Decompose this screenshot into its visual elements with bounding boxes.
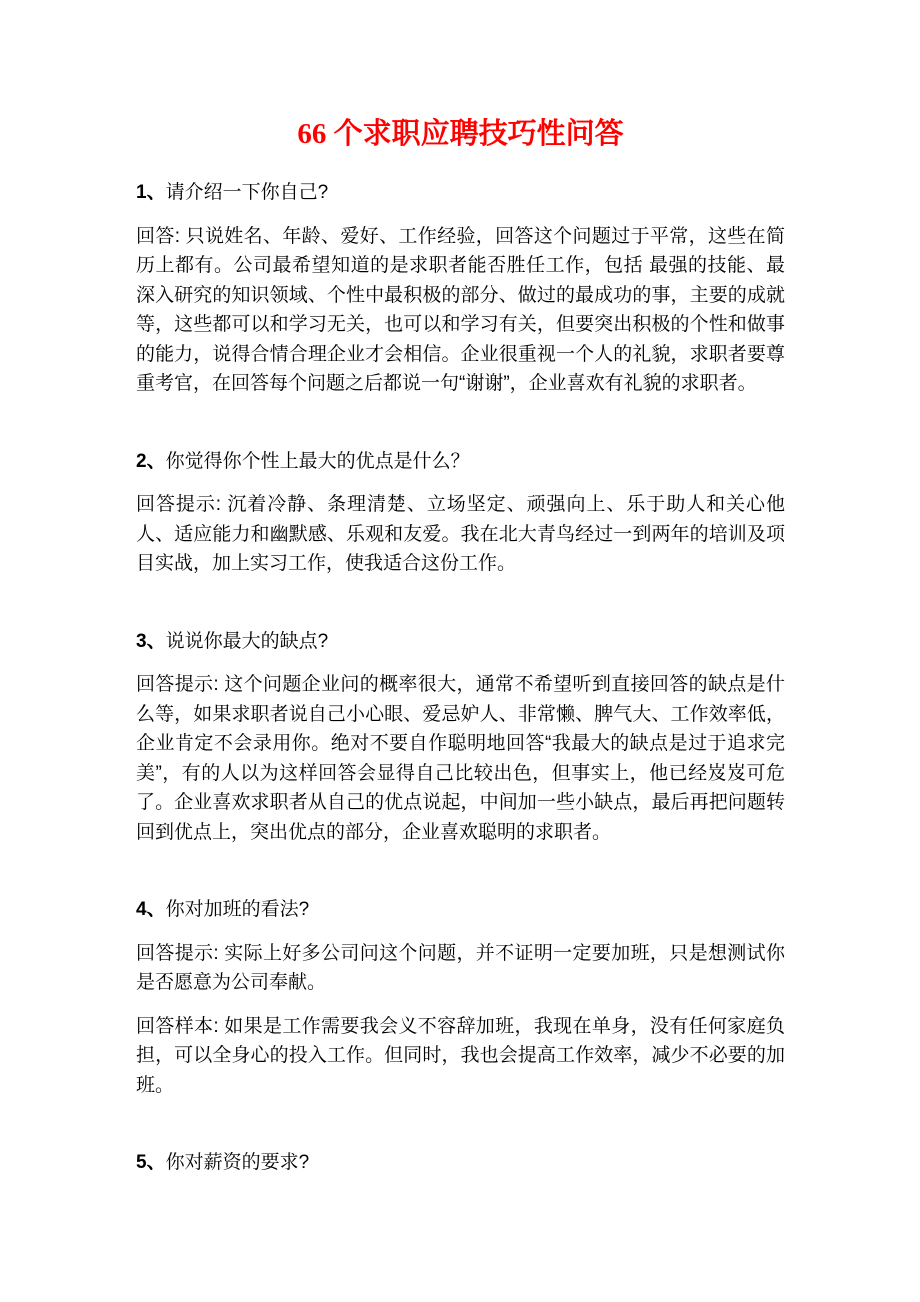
- qa-section-5: 5、你对薪资的要求?: [136, 1148, 785, 1178]
- question-text: 请介绍一下你自己?: [166, 182, 329, 203]
- qa-section-1: 1、请介绍一下你自己? 回答: 只说姓名、年龄、爱好、工作经验，回答这个问题过于…: [136, 178, 785, 399]
- question-number: 3、: [136, 631, 166, 652]
- question-text: 你对薪资的要求?: [166, 1152, 310, 1173]
- question: 2、你觉得你个性上最大的优点是什么？: [136, 447, 785, 477]
- question: 3、说说你最大的缺点?: [136, 627, 785, 657]
- question: 4、你对加班的看法?: [136, 895, 785, 925]
- document-page: 66 个求职应聘技巧性问答 1、请介绍一下你自己? 回答: 只说姓名、年龄、爱好…: [0, 0, 920, 1302]
- question: 1、请介绍一下你自己?: [136, 178, 785, 208]
- qa-section-3: 3、说说你最大的缺点? 回答提示: 这个问题企业问的概率很大，通常不希望听到直接…: [136, 627, 785, 848]
- question-text: 你觉得你个性上最大的优点是什么？: [166, 451, 470, 472]
- answer-paragraph: 回答提示: 实际上好多公司问这个问题，并不证明一定要加班，只是想测试你是否愿意为…: [136, 939, 785, 998]
- question-number: 5、: [136, 1152, 166, 1173]
- answer-paragraph: 回答: 只说姓名、年龄、爱好、工作经验，回答这个问题过于平常，这些在简历上都有。…: [136, 222, 785, 399]
- question-text: 你对加班的看法?: [166, 899, 310, 920]
- question-number: 1、: [136, 182, 166, 203]
- answer-paragraph: 回答提示: 沉着冷静、条理清楚、立场坚定、顽强向上、乐于助人和关心他人、适应能力…: [136, 490, 785, 579]
- question-number: 2、: [136, 451, 166, 472]
- answer-paragraph: 回答样本: 如果是工作需要我会义不容辞加班，我现在单身，没有任何家庭负担，可以全…: [136, 1012, 785, 1101]
- question: 5、你对薪资的要求?: [136, 1148, 785, 1178]
- answer-paragraph: 回答提示: 这个问题企业问的概率很大，通常不希望听到直接回答的缺点是什么等，如果…: [136, 670, 785, 847]
- qa-section-2: 2、你觉得你个性上最大的优点是什么？ 回答提示: 沉着冷静、条理清楚、立场坚定、…: [136, 447, 785, 579]
- page-title: 66 个求职应聘技巧性问答: [136, 112, 785, 156]
- question-text: 说说你最大的缺点?: [166, 631, 329, 652]
- question-number: 4、: [136, 899, 166, 920]
- qa-section-4: 4、你对加班的看法? 回答提示: 实际上好多公司问这个问题，并不证明一定要加班，…: [136, 895, 785, 1100]
